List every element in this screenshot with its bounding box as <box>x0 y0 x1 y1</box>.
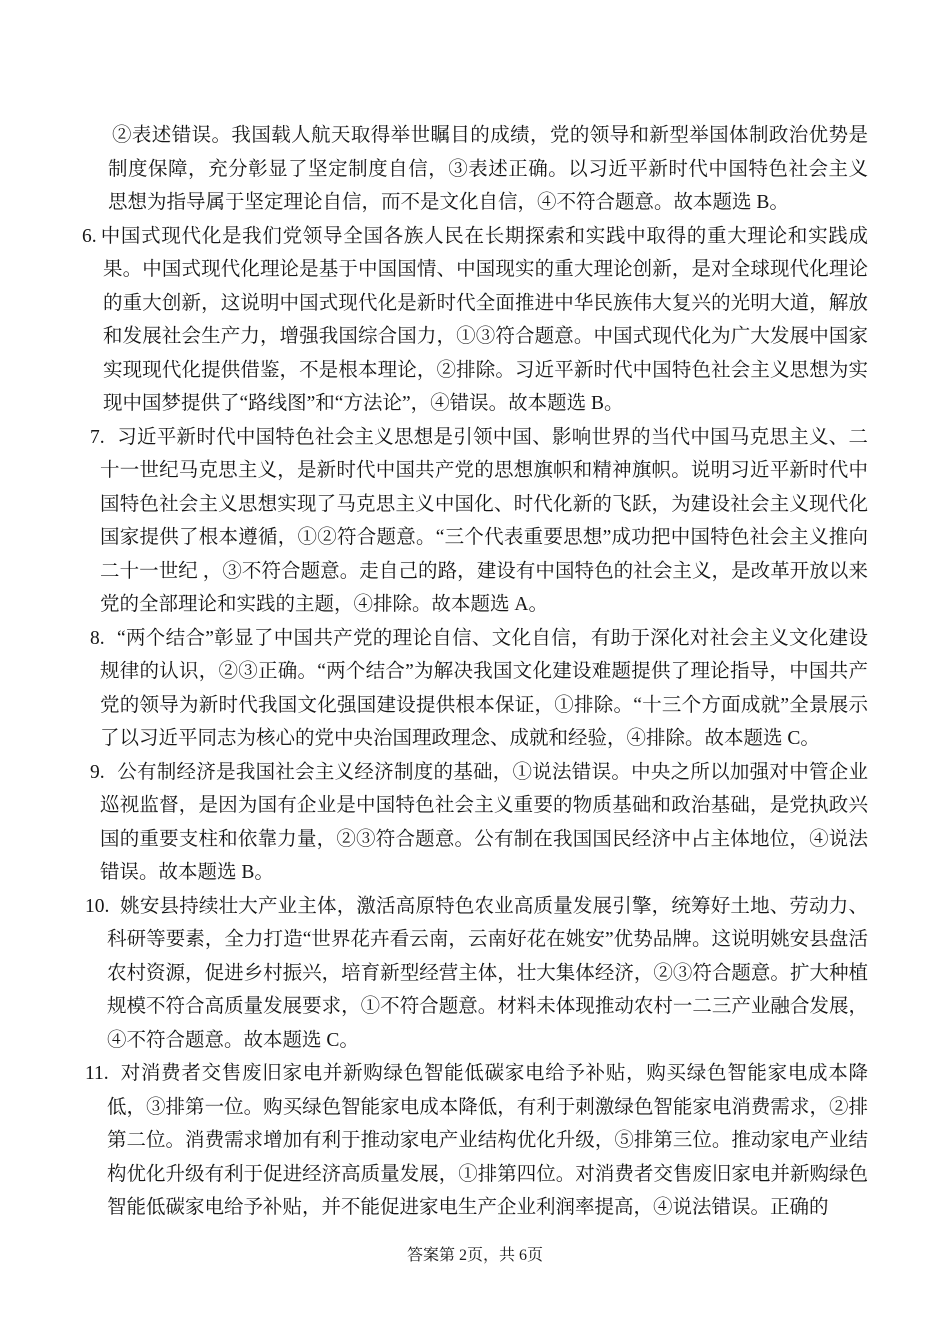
answer-item-6: 6.中国式现代化是我们党领导全国各族人民在长期探索和实践中取得的重大理论和实践成… <box>103 220 868 421</box>
document-page: ②表述错误。我国载人航天取得举世瞩目的成绩，党的领导和新型举国体制政治优势是制度… <box>0 0 950 1344</box>
answer-text: 公有制经济是我国社会主义经济制度的基础，①说法错误。中央之所以加强对中管企业巡视… <box>100 762 868 884</box>
question-number: 10. <box>85 890 120 924</box>
question-number: 8. <box>90 622 117 656</box>
answer-item-9: 9.公有制经济是我国社会主义经济制度的基础，①说法错误。中央之所以加强对中管企业… <box>100 756 868 890</box>
answer-item-continuation: ②表述错误。我国载人航天取得举世瞩目的成绩，党的领导和新型举国体制政治优势是制度… <box>108 119 868 220</box>
question-number: 7. <box>90 421 117 455</box>
answer-text: 姚安县持续壮大产业主体，激活高原特色农业高质量发展引擎，统筹好土地、劳动力、科研… <box>107 896 868 1051</box>
answer-text: 对消费者交售废旧家电并新购绿色智能低碳家电给予补贴，购买绿色智能家电成本降低，③… <box>107 1063 868 1218</box>
answer-item-10: 10.姚安县持续壮大产业主体，激活高原特色农业高质量发展引擎，统筹好土地、劳动力… <box>107 890 868 1058</box>
page-footer-text: 答案第 2页，共 6页 <box>407 1247 543 1264</box>
answer-item-8: 8.“两个结合”彰显了中国共产党的理论自信、文化自信，有助于深化对社会主义文化建… <box>100 622 868 756</box>
answer-text: 中国式现代化是我们党领导全国各族人民在长期探索和实践中取得的重大理论和实践成果。… <box>100 226 868 415</box>
question-number: 9. <box>90 756 117 790</box>
answer-text: ②表述错误。我国载人航天取得举世瞩目的成绩，党的领导和新型举国体制政治优势是制度… <box>108 125 868 213</box>
page-footer: 答案第 2页，共 6页 <box>0 1242 950 1265</box>
answer-text: 习近平新时代中国特色社会主义思想是引领中国、影响世界的当代中国马克思主义、二十一… <box>100 427 868 616</box>
question-number: 6. <box>82 220 100 254</box>
answer-item-11: 11.对消费者交售废旧家电并新购绿色智能低碳家电给予补贴，购买绿色智能家电成本降… <box>107 1057 868 1225</box>
answer-item-7: 7.习近平新时代中国特色社会主义思想是引领中国、影响世界的当代中国马克思主义、二… <box>100 421 868 622</box>
answer-text: “两个结合”彰显了中国共产党的理论自信、文化自信，有助于深化对社会主义文化建设规… <box>100 628 868 750</box>
answers-content: ②表述错误。我国载人航天取得举世瞩目的成绩，党的领导和新型举国体制政治优势是制度… <box>0 119 950 1225</box>
question-number: 11. <box>85 1057 120 1091</box>
